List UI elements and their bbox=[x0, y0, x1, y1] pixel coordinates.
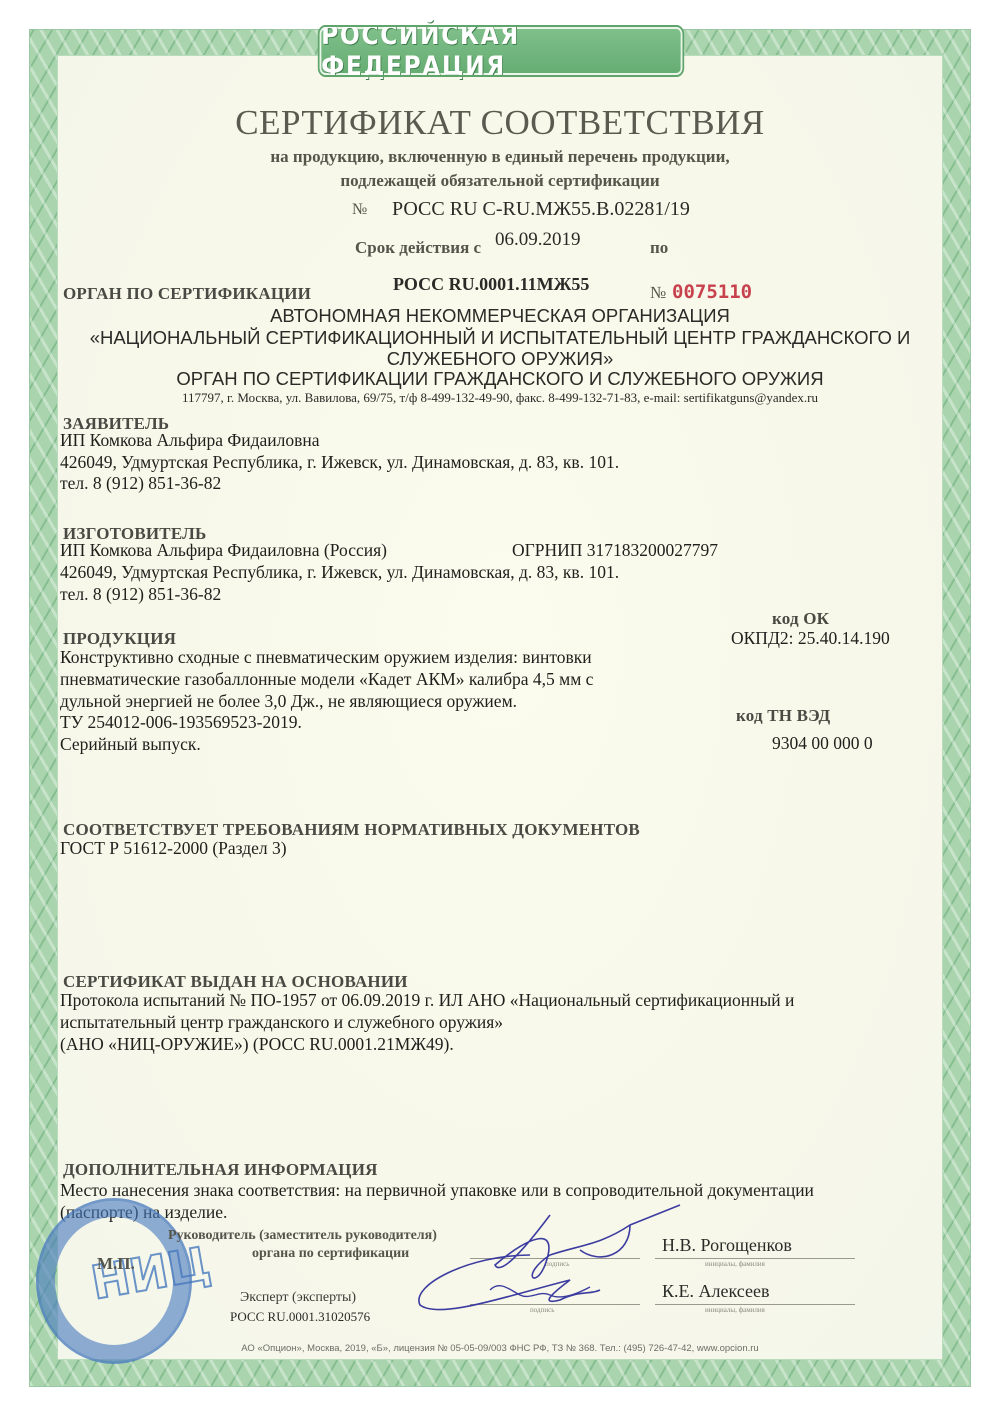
basis-line: Протокола испытаний № ПО-1957 от 06.09.2… bbox=[60, 990, 794, 1011]
expert-registration: РОСС RU.0001.31020576 bbox=[230, 1309, 370, 1325]
ok-code-value: ОКПД2: 25.40.14.190 bbox=[731, 628, 890, 649]
manufacturer-address: 426049, Удмуртская Республика, г. Ижевск… bbox=[60, 562, 619, 583]
applicant-address: 426049, Удмуртская Республика, г. Ижевск… bbox=[60, 452, 619, 473]
applicant-name: ИП Комкова Альфира Фидаиловна bbox=[60, 430, 320, 451]
certificate-title: СЕРТИФИКАТ СООТВЕТСТВИЯ bbox=[0, 103, 1000, 143]
head-label-line-2: органа по сертификации bbox=[252, 1246, 409, 1262]
expert-name-caption: инициалы, фамилия bbox=[705, 1306, 765, 1314]
certificate-number: РОСС RU С-RU.МЖ55.В.02281/19 bbox=[392, 198, 690, 221]
basis-line: испытательный центр гражданского и служе… bbox=[60, 1012, 503, 1033]
tnved-code-label: код ТН ВЭД bbox=[736, 706, 830, 726]
subtitle-line-2: подлежащей обязательной сертификации bbox=[0, 171, 1000, 191]
basis-heading: СЕРТИФИКАТ ВЫДАН НА ОСНОВАНИИ bbox=[63, 972, 408, 992]
basis-line: (АНО «НИЦ-ОРУЖИЕ») (РОСС RU.0001.21МЖ49)… bbox=[60, 1034, 454, 1055]
organization-seal-stamp: НИЦ bbox=[36, 1198, 192, 1364]
validity-from: 06.09.2019 bbox=[495, 229, 581, 251]
printer-imprint: АО «Опцион», Москва, 2019, «Б», лицензия… bbox=[0, 1343, 1000, 1354]
subtitle-line-1: на продукцию, включенную в единый перече… bbox=[0, 147, 1000, 167]
handwritten-signatures-icon bbox=[400, 1195, 700, 1325]
blank-serial-number: 0075110 bbox=[672, 281, 752, 303]
tnved-code-value: 9304 00 000 0 bbox=[772, 733, 873, 754]
product-line: ТУ 254012-006-193569523-2019. bbox=[60, 712, 302, 733]
org-name-line-1: АВТОНОМНАЯ НЕКОММЕРЧЕСКАЯ ОРГАНИЗАЦИЯ bbox=[0, 305, 1000, 327]
org-contacts: 117797, г. Москва, ул. Вавилова, 69/75, … bbox=[0, 390, 1000, 406]
applicant-phone: тел. 8 (912) 851-36-82 bbox=[60, 473, 221, 494]
validity-label: Срок действия с bbox=[355, 238, 481, 258]
product-heading: ПРОДУКЦИЯ bbox=[63, 629, 176, 649]
compliance-heading: СООТВЕТСТВУЕТ ТРЕБОВАНИЯМ НОРМАТИВНЫХ ДО… bbox=[63, 820, 640, 840]
manufacturer-phone: тел. 8 (912) 851-36-82 bbox=[60, 584, 221, 605]
ok-code-label: код ОК bbox=[772, 609, 829, 629]
seal-place-label: М.П. bbox=[97, 1254, 135, 1274]
expert-label: Эксперт (эксперты) bbox=[240, 1290, 356, 1306]
number-label: № bbox=[352, 201, 367, 219]
org-name-line-4: ОРГАН ПО СЕРТИФИКАЦИИ ГРАЖДАНСКОГО И СЛУ… bbox=[0, 368, 1000, 390]
additional-info-heading: ДОПОЛНИТЕЛЬНАЯ ИНФОРМАЦИЯ bbox=[63, 1160, 378, 1180]
product-line: Конструктивно сходные с пневматическим о… bbox=[60, 647, 592, 668]
certification-body-heading: ОРГАН ПО СЕРТИФИКАЦИИ bbox=[63, 284, 311, 304]
manufacturer-name: ИП Комкова Альфира Фидаиловна (Россия) bbox=[60, 540, 387, 561]
product-line: Серийный выпуск. bbox=[60, 734, 201, 755]
certification-body-registration: РОСС RU.0001.11МЖ55 bbox=[393, 274, 589, 295]
compliance-standard: ГОСТ Р 51612-2000 (Раздел 3) bbox=[60, 838, 287, 859]
manufacturer-ogrnip: ОГРНИП 317183200027797 bbox=[512, 540, 718, 561]
head-label-line-1: Руководитель (заместитель руководителя) bbox=[168, 1228, 437, 1244]
org-name-line-3: СЛУЖЕБНОГО ОРУЖИЯ» bbox=[0, 348, 1000, 370]
head-name-caption: инициалы, фамилия bbox=[705, 1260, 765, 1268]
product-line: дульной энергией не более 3,0 Дж., не яв… bbox=[60, 691, 517, 712]
org-name-line-2: «НАЦИОНАЛЬНЫЙ СЕРТИФИКАЦИОННЫЙ И ИСПЫТАТ… bbox=[0, 327, 1000, 349]
blank-number-label: № bbox=[650, 283, 666, 303]
product-line: пневматические газобаллонные модели «Кад… bbox=[60, 669, 593, 690]
country-banner: РОССИЙСКАЯ ФЕДЕРАЦИЯ bbox=[320, 27, 683, 75]
validity-to-label: по bbox=[650, 238, 668, 258]
